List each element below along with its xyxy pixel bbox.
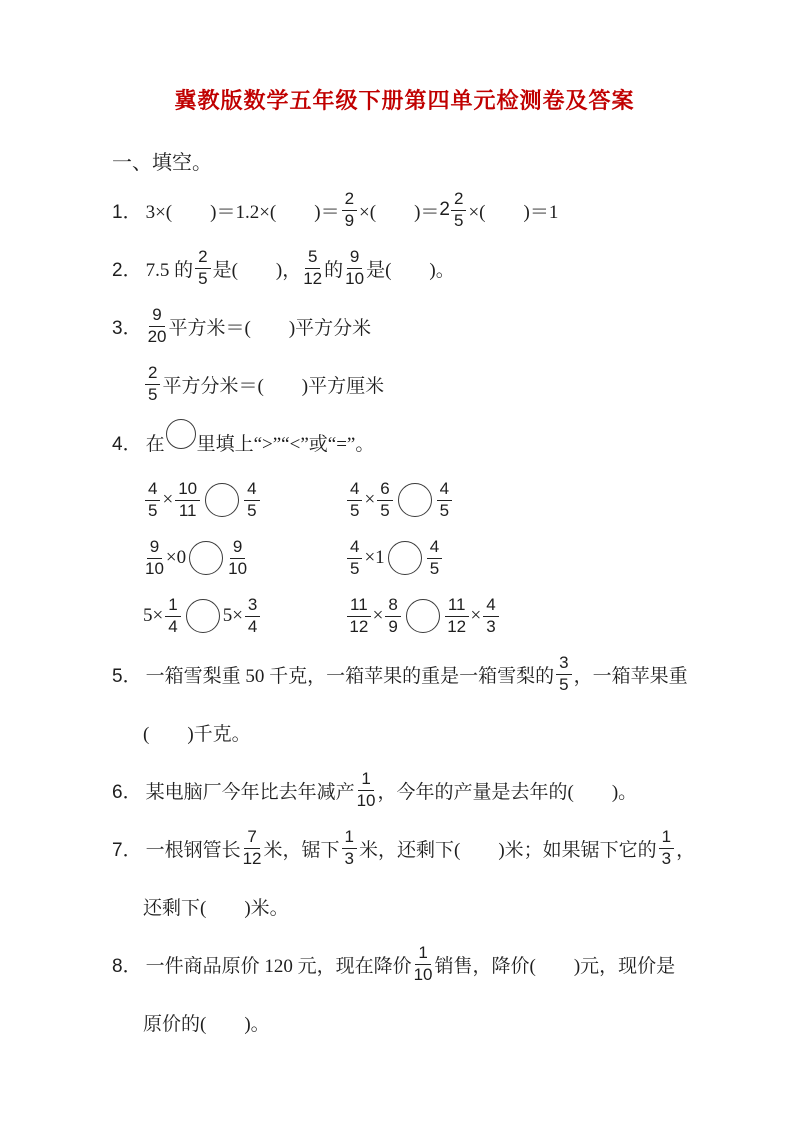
fraction-numerator: 4 (347, 538, 362, 558)
text-run: 米，还剩下( )米；如果锯下它的 (359, 835, 657, 862)
fraction-denominator: 10 (228, 559, 247, 578)
fraction: 14 (165, 596, 180, 636)
question-3-line-2: 25平方分米＝( )平方厘米 (112, 355, 697, 413)
section-heading: 一、填空。 (112, 139, 697, 181)
fraction-denominator: 3 (662, 849, 671, 868)
text-run: 是( )， (213, 255, 302, 282)
question-8-number: 8． (112, 951, 142, 978)
fraction: 45 (437, 480, 452, 520)
text-run: ， (676, 835, 695, 862)
comparison-circle (186, 599, 220, 633)
text-run: 3×( )＝1.2×( )＝ (146, 197, 340, 224)
question-7-text-1: 一根钢管长712米，锯下13米，还剩下( )米；如果锯下它的13， (146, 828, 696, 868)
question-2: 2． 7.5 的25是( )，512的910是( )。 (112, 239, 697, 297)
fraction-numerator: 4 (145, 480, 160, 500)
question-7-text-2: 还剩下( )米。 (143, 893, 289, 920)
fraction-numerator: 8 (385, 596, 400, 616)
question-3-text-1: 920平方米＝( )平方分米 (146, 306, 372, 346)
text-run: 7.5 的 (146, 255, 194, 282)
fraction-numerator: 4 (347, 480, 362, 500)
text-run: 一箱雪梨重 50 千克，一箱苹果的重是一箱雪梨的 (146, 661, 555, 688)
text-run: ，一箱苹果重 (574, 661, 688, 688)
fraction-denominator: 5 (440, 501, 449, 520)
question-6-text: 某电脑厂今年比去年减产110，今年的产量是去年的( )。 (146, 770, 638, 810)
fraction-denominator: 12 (243, 849, 262, 868)
question-1-text: 3×( )＝1.2×( )＝29×( )＝225×( )＝1 (146, 190, 559, 230)
question-6: 6． 某电脑厂今年比去年减产110，今年的产量是去年的( )。 (112, 761, 697, 819)
question-4-number: 4． (112, 429, 142, 456)
text-run: 一件商品原价 120 元，现在降价 (146, 951, 412, 978)
question-7-number: 7． (112, 835, 142, 862)
fraction: 110 (414, 944, 433, 984)
fraction-denominator: 5 (350, 559, 359, 578)
comparison-2-right: 45×145 (345, 538, 444, 578)
fraction: 89 (385, 596, 400, 636)
text-run: ×( )＝1 (468, 197, 558, 224)
fraction-denominator: 4 (168, 617, 177, 636)
fraction: 920 (148, 306, 167, 346)
fraction: 1112 (445, 596, 469, 636)
question-2-text: 7.5 的25是( )，512的910是( )。 (146, 248, 455, 288)
fraction-numerator: 1 (659, 828, 674, 848)
text-run: × (373, 605, 384, 627)
fraction-numerator: 9 (147, 538, 162, 558)
question-6-number: 6． (112, 777, 142, 804)
question-1-number: 1． (112, 197, 142, 224)
fraction-numerator: 9 (149, 306, 164, 326)
fraction-numerator: 1 (342, 828, 357, 848)
fraction-denominator: 12 (349, 617, 368, 636)
fraction: 43 (483, 596, 498, 636)
fraction-numerator: 2 (342, 190, 357, 210)
question-4-comparison-row-2: 910×0910 45×145 (112, 529, 697, 587)
fraction-denominator: 10 (345, 269, 364, 288)
fraction: 45 (427, 538, 442, 578)
fraction: 35 (556, 654, 571, 694)
fraction-numerator: 6 (377, 480, 392, 500)
fraction: 1011 (175, 480, 200, 520)
text-run: × (364, 489, 375, 511)
fraction: 910 (345, 248, 364, 288)
fraction: 25 (195, 248, 210, 288)
text-run: 销售，降价( )元，现价是 (435, 951, 676, 978)
text-run: 在 (146, 429, 165, 456)
fraction: 1112 (347, 596, 371, 636)
text-run: ×1 (364, 547, 384, 569)
text-run: ( )千克。 (143, 719, 251, 746)
comparison-2-left: 910×0910 (143, 538, 345, 578)
fraction-numerator: 11 (445, 596, 469, 616)
fraction: 910 (145, 538, 164, 578)
fraction-numerator: 2 (145, 364, 160, 384)
comparison-circle (398, 483, 432, 517)
text-run: 5× (223, 605, 243, 627)
question-7-line-1: 7． 一根钢管长712米，锯下13米，还剩下( )米；如果锯下它的13， (112, 819, 697, 877)
fraction-numerator: 4 (483, 596, 498, 616)
fraction-denominator: 4 (248, 617, 257, 636)
fraction-denominator: 5 (559, 675, 568, 694)
fraction: 110 (357, 770, 376, 810)
fraction: 13 (659, 828, 674, 868)
text-run: 是( )。 (366, 255, 455, 282)
fraction-numerator: 9 (347, 248, 362, 268)
fraction-denominator: 5 (148, 501, 157, 520)
fraction-denominator: 5 (350, 501, 359, 520)
text-run: 一根钢管长 (146, 835, 241, 862)
fraction-denominator: 10 (414, 965, 433, 984)
fraction-denominator: 5 (198, 269, 207, 288)
fraction: 65 (377, 480, 392, 520)
text-run: ×( )＝ (359, 197, 439, 224)
mixed-number: 225 (439, 190, 468, 230)
fraction-numerator: 4 (437, 480, 452, 500)
fraction: 45 (347, 538, 362, 578)
mixed-number-whole: 2 (439, 199, 450, 221)
text-run: ×0 (166, 547, 186, 569)
question-4-instruction: 4． 在里填上“>”“<”或“=”。 (112, 413, 697, 471)
fraction-denominator: 5 (148, 385, 157, 404)
question-5-text-2: ( )千克。 (143, 719, 251, 746)
fraction-numerator: 10 (175, 480, 200, 500)
fraction-denominator: 5 (430, 559, 439, 578)
question-8-text-1: 一件商品原价 120 元，现在降价110销售，降价( )元，现价是 (146, 944, 676, 984)
fraction: 25 (451, 190, 466, 230)
question-4-comparison-row-1: 45×101145 45×6545 (112, 471, 697, 529)
instruction-circle (166, 419, 196, 449)
comparison-circle (406, 599, 440, 633)
comparison-1-right: 45×6545 (345, 480, 454, 520)
question-5-line-2: ( )千克。 (112, 703, 697, 761)
fraction: 45 (244, 480, 259, 520)
question-5-line-1: 5． 一箱雪梨重 50 千克，一箱苹果的重是一箱雪梨的35，一箱苹果重 (112, 645, 697, 703)
question-5-text-1: 一箱雪梨重 50 千克，一箱苹果的重是一箱雪梨的35，一箱苹果重 (146, 654, 688, 694)
question-8-text-2: 原价的( )。 (143, 1009, 270, 1036)
fraction-numerator: 4 (244, 480, 259, 500)
fraction-denominator: 11 (179, 501, 197, 520)
text-run: 某电脑厂今年比去年减产 (146, 777, 355, 804)
fraction-denominator: 3 (486, 617, 495, 636)
fraction: 34 (245, 596, 260, 636)
fraction: 712 (243, 828, 262, 868)
comparison-3-left: 5×145×34 (143, 596, 345, 636)
fraction-numerator: 1 (165, 596, 180, 616)
question-3-number: 3． (112, 313, 142, 340)
fraction-denominator: 10 (145, 559, 164, 578)
text-run: 米，锯下 (264, 835, 340, 862)
worksheet-page: 冀教版数学五年级下册第四单元检测卷及答案 一、填空。 1． 3×( )＝1.2×… (0, 0, 793, 1051)
text-run: 5× (143, 605, 163, 627)
fraction: 45 (347, 480, 362, 520)
fraction-numerator: 4 (427, 538, 442, 558)
text-run: 的 (324, 255, 343, 282)
text-run: ，今年的产量是去年的( )。 (378, 777, 638, 804)
question-3-line-1: 3． 920平方米＝( )平方分米 (112, 297, 697, 355)
question-4-comparison-row-3: 5×145×34 1112×891112×43 (112, 587, 697, 645)
text-run: 平方分米＝( )平方厘米 (162, 371, 384, 398)
fraction: 45 (145, 480, 160, 520)
fraction-numerator: 11 (347, 596, 371, 616)
fraction: 910 (228, 538, 247, 578)
fraction-numerator: 9 (230, 538, 245, 558)
text-run: 平方米＝( )平方分米 (169, 313, 372, 340)
fraction: 13 (342, 828, 357, 868)
comparison-circle (388, 541, 422, 575)
page-title: 冀教版数学五年级下册第四单元检测卷及答案 (112, 84, 697, 115)
fraction-numerator: 3 (245, 596, 260, 616)
fraction-numerator: 1 (415, 944, 430, 964)
fraction-numerator: 3 (556, 654, 571, 674)
question-4-text: 在里填上“>”“<”或“=”。 (146, 427, 375, 457)
fraction-denominator: 20 (148, 327, 167, 346)
fraction-numerator: 2 (195, 248, 210, 268)
fraction-denominator: 12 (447, 617, 466, 636)
fraction-denominator: 3 (345, 849, 354, 868)
fraction-numerator: 2 (451, 190, 466, 210)
question-8-line-2: 原价的( )。 (112, 993, 697, 1051)
text-run: × (471, 605, 482, 627)
fraction: 29 (342, 190, 357, 230)
question-1: 1． 3×( )＝1.2×( )＝29×( )＝225×( )＝1 (112, 181, 697, 239)
question-7-line-2: 还剩下( )米。 (112, 877, 697, 935)
fraction-denominator: 10 (357, 791, 376, 810)
fraction-denominator: 5 (454, 211, 463, 230)
text-run: 里填上“>”“<”或“=”。 (197, 429, 375, 456)
question-5-number: 5． (112, 661, 142, 688)
comparison-circle (189, 541, 223, 575)
comparison-1-left: 45×101145 (143, 480, 345, 520)
fraction-numerator: 7 (244, 828, 259, 848)
question-3-text-2: 25平方分米＝( )平方厘米 (143, 364, 384, 404)
fraction-numerator: 1 (358, 770, 373, 790)
fraction-numerator: 5 (305, 248, 320, 268)
question-2-number: 2． (112, 255, 142, 282)
text-run: × (162, 489, 173, 511)
fraction-denominator: 5 (247, 501, 256, 520)
fraction: 512 (303, 248, 322, 288)
text-run: 还剩下( )米。 (143, 893, 289, 920)
fraction-denominator: 9 (345, 211, 354, 230)
fraction-denominator: 9 (388, 617, 397, 636)
text-run: 原价的( )。 (143, 1009, 270, 1036)
comparison-3-right: 1112×891112×43 (345, 596, 501, 636)
comparison-circle (205, 483, 239, 517)
fraction: 25 (145, 364, 160, 404)
question-8-line-1: 8． 一件商品原价 120 元，现在降价110销售，降价( )元，现价是 (112, 935, 697, 993)
fraction-denominator: 12 (303, 269, 322, 288)
fraction-denominator: 5 (380, 501, 389, 520)
